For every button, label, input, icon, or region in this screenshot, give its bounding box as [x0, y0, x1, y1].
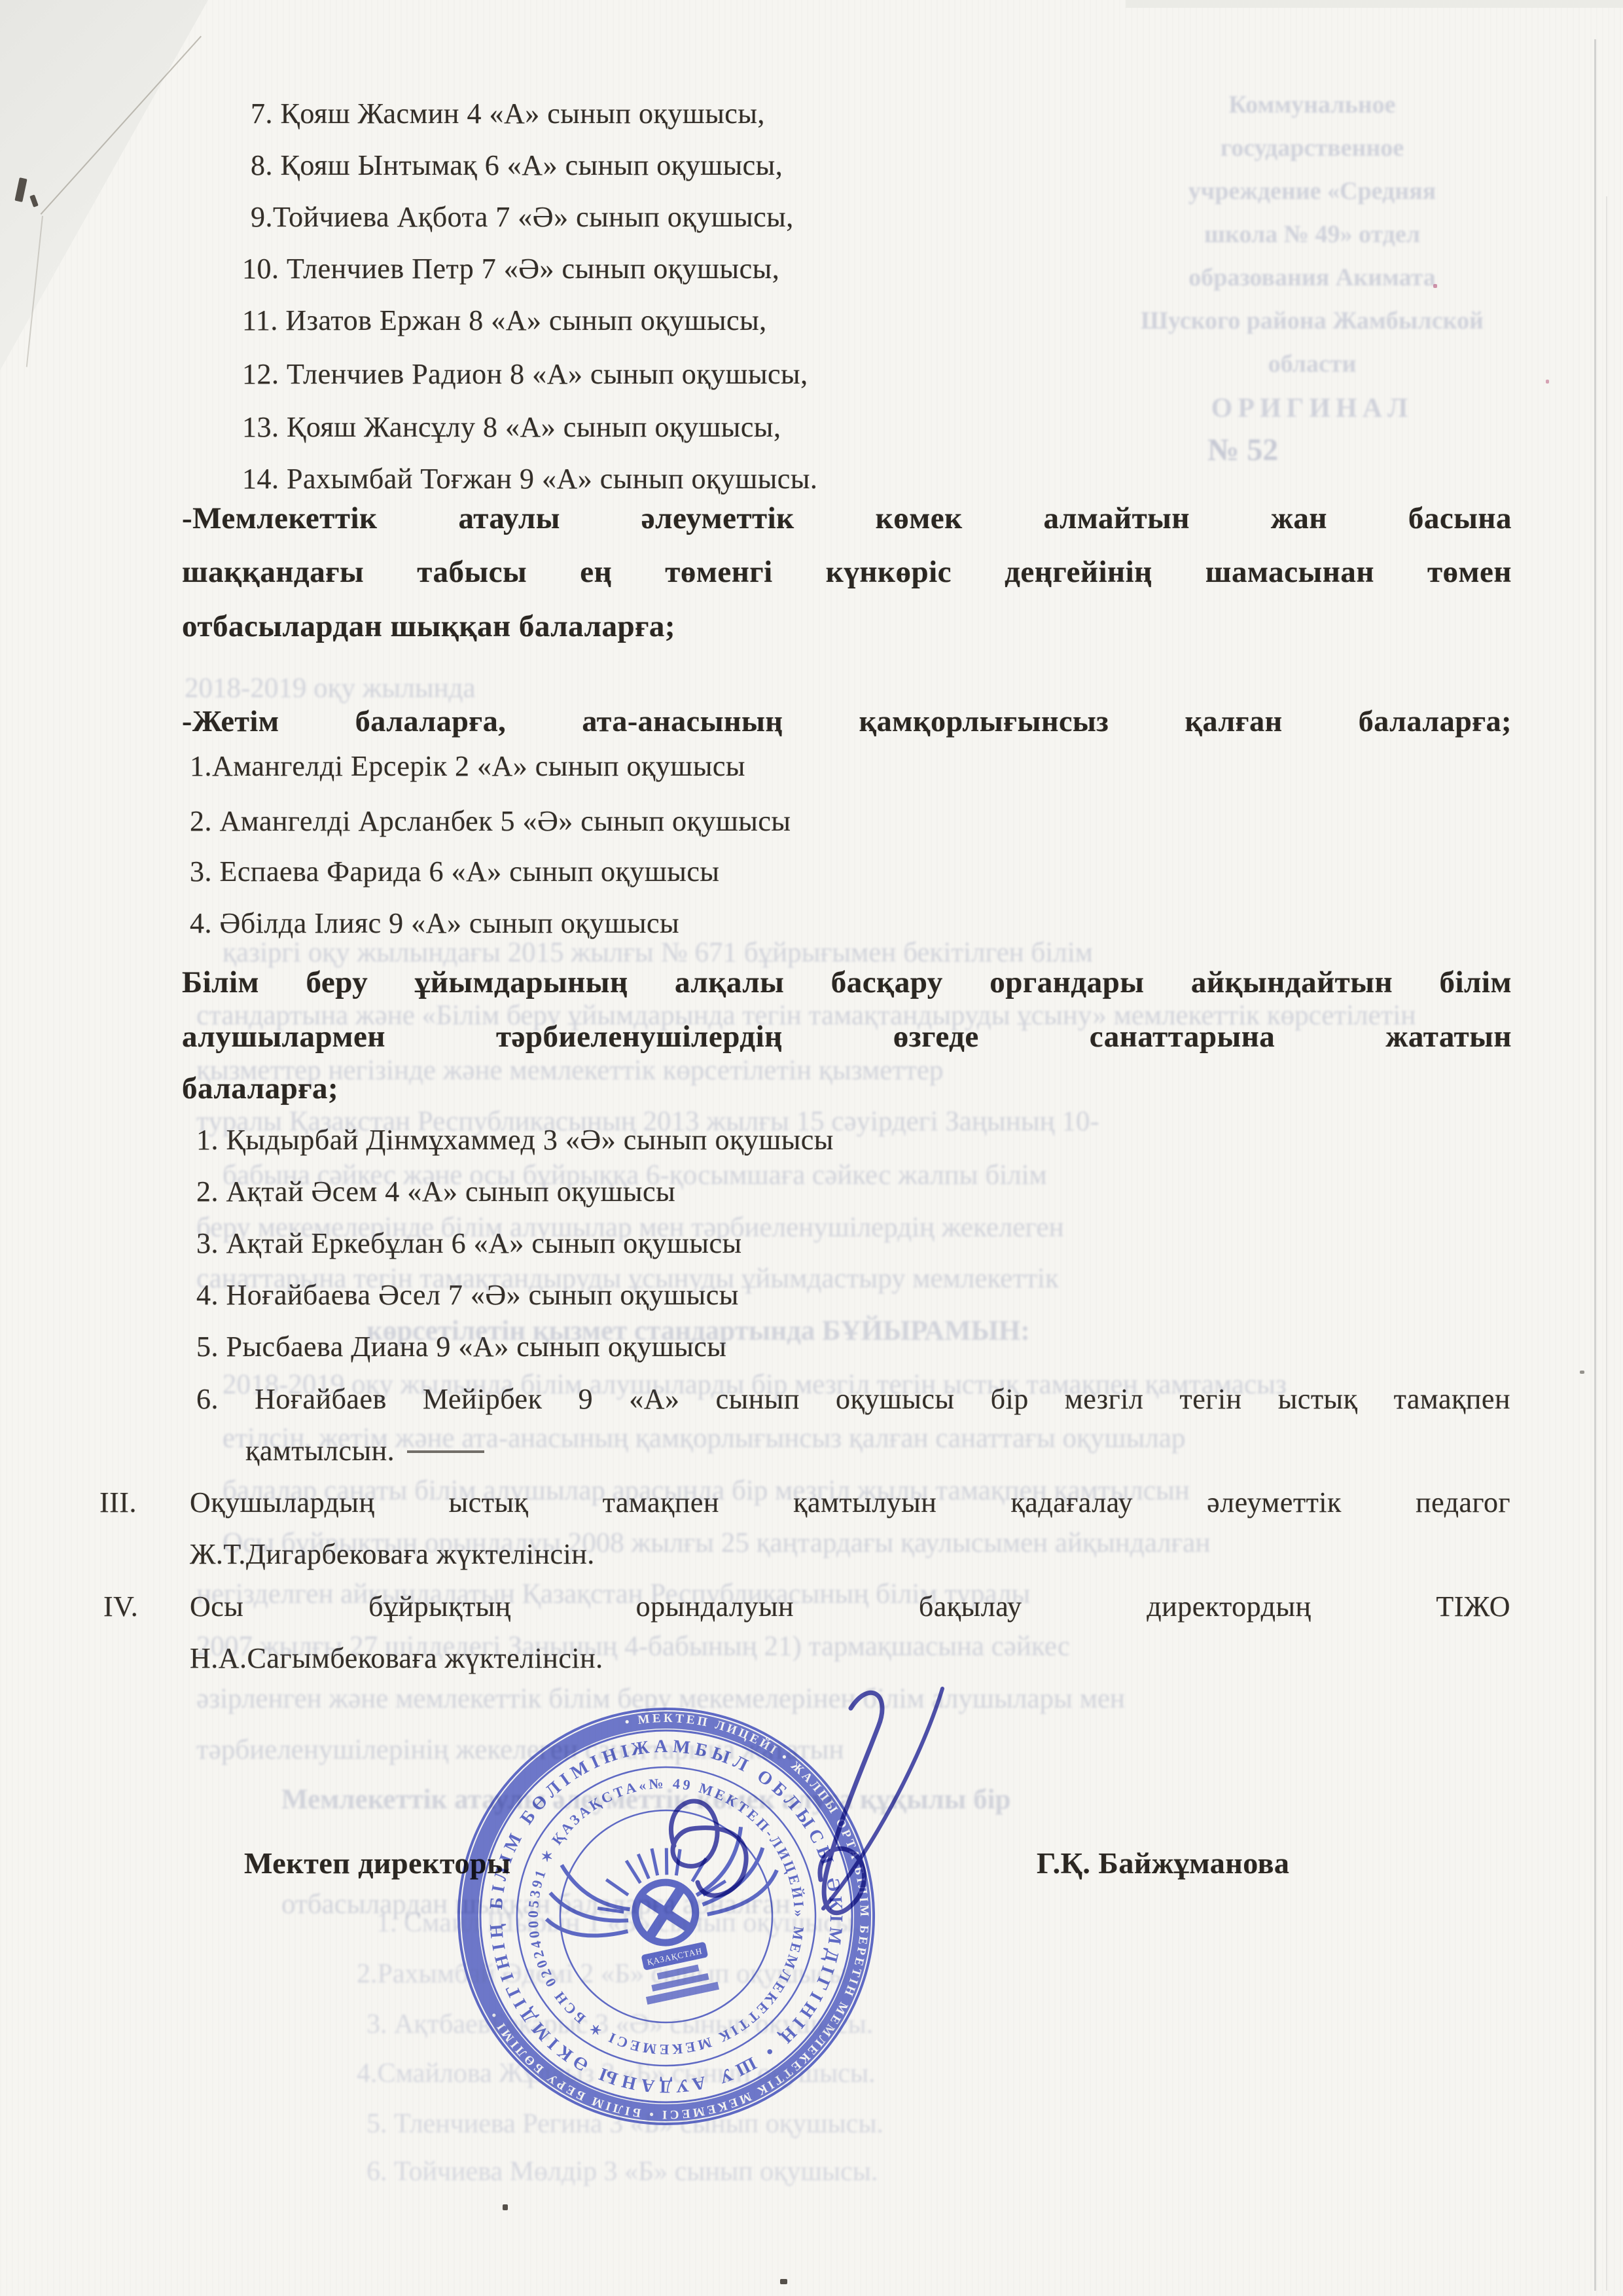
order-paragraph-line: Білім беру ұйымдарының алқалы басқару ор… [182, 965, 1512, 1001]
bleedthrough-line: 4.Смайлова Жұлдыз 3 «Б» сынып оқушысы. [357, 2058, 876, 2089]
bleedthrough-line: школа № 49» отдел [1067, 220, 1558, 263]
bleedthrough-line: области [1067, 350, 1558, 393]
ink-speck [1580, 1371, 1584, 1374]
bleedthrough-line: 6. Тойчиева Мөлдір 3 «Б» сынып оқушысы. [366, 2157, 878, 2187]
student-line: 12. Тленчиев Радион 8 «А» сынып оқушысы, [242, 357, 808, 391]
bleedthrough-line: Осы бұйрықтың орындалуы 2008 жылғы 25 қа… [223, 1528, 1210, 1558]
bleedthrough-line: стандартына және «Білім беру ұйымдарында… [196, 1000, 1416, 1031]
student-line: 8. Қояш Ынтымақ 6 «А» сынып оқушысы, [251, 149, 783, 183]
bleedthrough-line: қызметтер негізінде және мемлекеттік көр… [196, 1055, 943, 1086]
bleedthrough-line: 2018-2019 оқу жылында білім алушыларды б… [223, 1369, 1287, 1400]
student-line: 13. Қояш Жансұлу 8 «А» сынып оқушысы, [242, 410, 781, 444]
bleedthrough-line: балалар санаты білім алушылар арасында б… [223, 1475, 1190, 1506]
roman-numeral: IV. [103, 1590, 138, 1624]
bleedthrough-line: 1. Смаил Шырын 1 «Б» сынып оқушысы, [376, 1908, 861, 1938]
bleedthrough-line: 2.Рахымбай Әдемі 2 «Б» сынып оқушысы. [357, 1959, 854, 1989]
student-line: 10. Тленчиев Петр 7 «Ә» сынып оқушысы, [242, 252, 779, 286]
scan-edge-line [1606, 196, 1607, 2291]
scan-edge-strip [1126, 0, 1623, 8]
bleedthrough-line: негізделген айқындалатын Қазақстан Респу… [196, 1579, 1030, 1609]
bleedthrough-line: санаттарына тегін тамақтандыруды ұсынуды… [196, 1263, 1059, 1294]
roman-numeral: III. [99, 1486, 137, 1520]
director-signature [576, 1649, 1034, 2003]
director-name: Г.Қ. Байжұманова [1037, 1846, 1289, 1881]
student-line: 3. Еспаева Фарида 6 «А» сынып оқушысы [190, 855, 719, 889]
bleedthrough-line: Коммунальное [1067, 90, 1558, 134]
order-paragraph-line: шаққандағы табысы ең төменгі күнкөріс де… [182, 554, 1512, 590]
bleedthrough-line: бабына сәйкес және осы бұйрыққа 6-қосымш… [223, 1160, 1047, 1191]
bleedthrough-line: 5. Тленчиева Регина 3 «Б» сынып оқушысы. [366, 2109, 883, 2139]
scanned-order-document: Коммунальное государственное учреждение … [0, 0, 1623, 2296]
student-line: 11. Изатов Ержан 8 «А» сынып оқушысы, [242, 304, 767, 338]
bleedthrough-line: Шуского района Жамбылской [1067, 306, 1558, 350]
student-line: 4. Әбілда Ілияс 9 «А» сынып оқушысы [190, 906, 679, 941]
bleedthrough-line: етілсін, жетім және ата-анасының қамқорл… [223, 1423, 1185, 1454]
bleedthrough-line: туралы Қазақстан Республикасының 2013 жы… [196, 1106, 1099, 1137]
bleedthrough-line: учреждение «Средняя [1067, 177, 1558, 220]
scan-edge-line [1594, 39, 1596, 2291]
order-paragraph-line: -Мемлекеттік атаулы әлеуметтік көмек алм… [182, 501, 1512, 537]
ink-speck [503, 2204, 508, 2210]
bleedthrough-line: көрсетілетін қызмет стандартында БҰЙЫРАМ… [366, 1316, 1030, 1346]
bleedthrough-number: № 52 [1207, 433, 1278, 468]
bleedthrough-line: беру мекемелерінде білім алушылар мен тә… [196, 1212, 1064, 1243]
bleedthrough-line: қазіргі оқу жылындағы 2015 жылғы № 671 б… [223, 937, 1093, 968]
student-line: 7. Қояш Жасмин 4 «А» сынып оқушысы, [251, 97, 765, 131]
bleedthrough-line: государственное [1067, 134, 1558, 177]
student-line: 9.Тойчиева Ақбота 7 «Ә» сынып оқушысы, [251, 200, 794, 234]
ink-speck [780, 2279, 787, 2284]
order-paragraph-line: отбасылардан шыққан балаларға; [182, 609, 675, 645]
student-line: 2. Амангелді Арсланбек 5 «Ә» сынып оқушы… [190, 804, 791, 838]
section-heading: -Жетім балаларға, ата-анасының қамқорлығ… [182, 704, 1512, 739]
student-line: 14. Рахымбай Тоғжан 9 «А» сынып оқушысы. [242, 462, 817, 496]
bleedthrough-line: 3. АқтбаевБекарыс 3 «Ә» сынып оқушысы. [366, 2009, 873, 2039]
bleedthrough-line: ОРИГИНАЛ [1067, 393, 1558, 436]
bleedthrough-header-block: Коммунальное государственное учреждение … [1067, 90, 1558, 436]
student-line: 1.Амангелді Ерсерік 2 «А» сынып оқушысы [190, 749, 745, 783]
bleedthrough-line: 2018-2019 оқу жылында [185, 673, 476, 704]
bleedthrough-line: образования Акимата [1067, 263, 1558, 306]
